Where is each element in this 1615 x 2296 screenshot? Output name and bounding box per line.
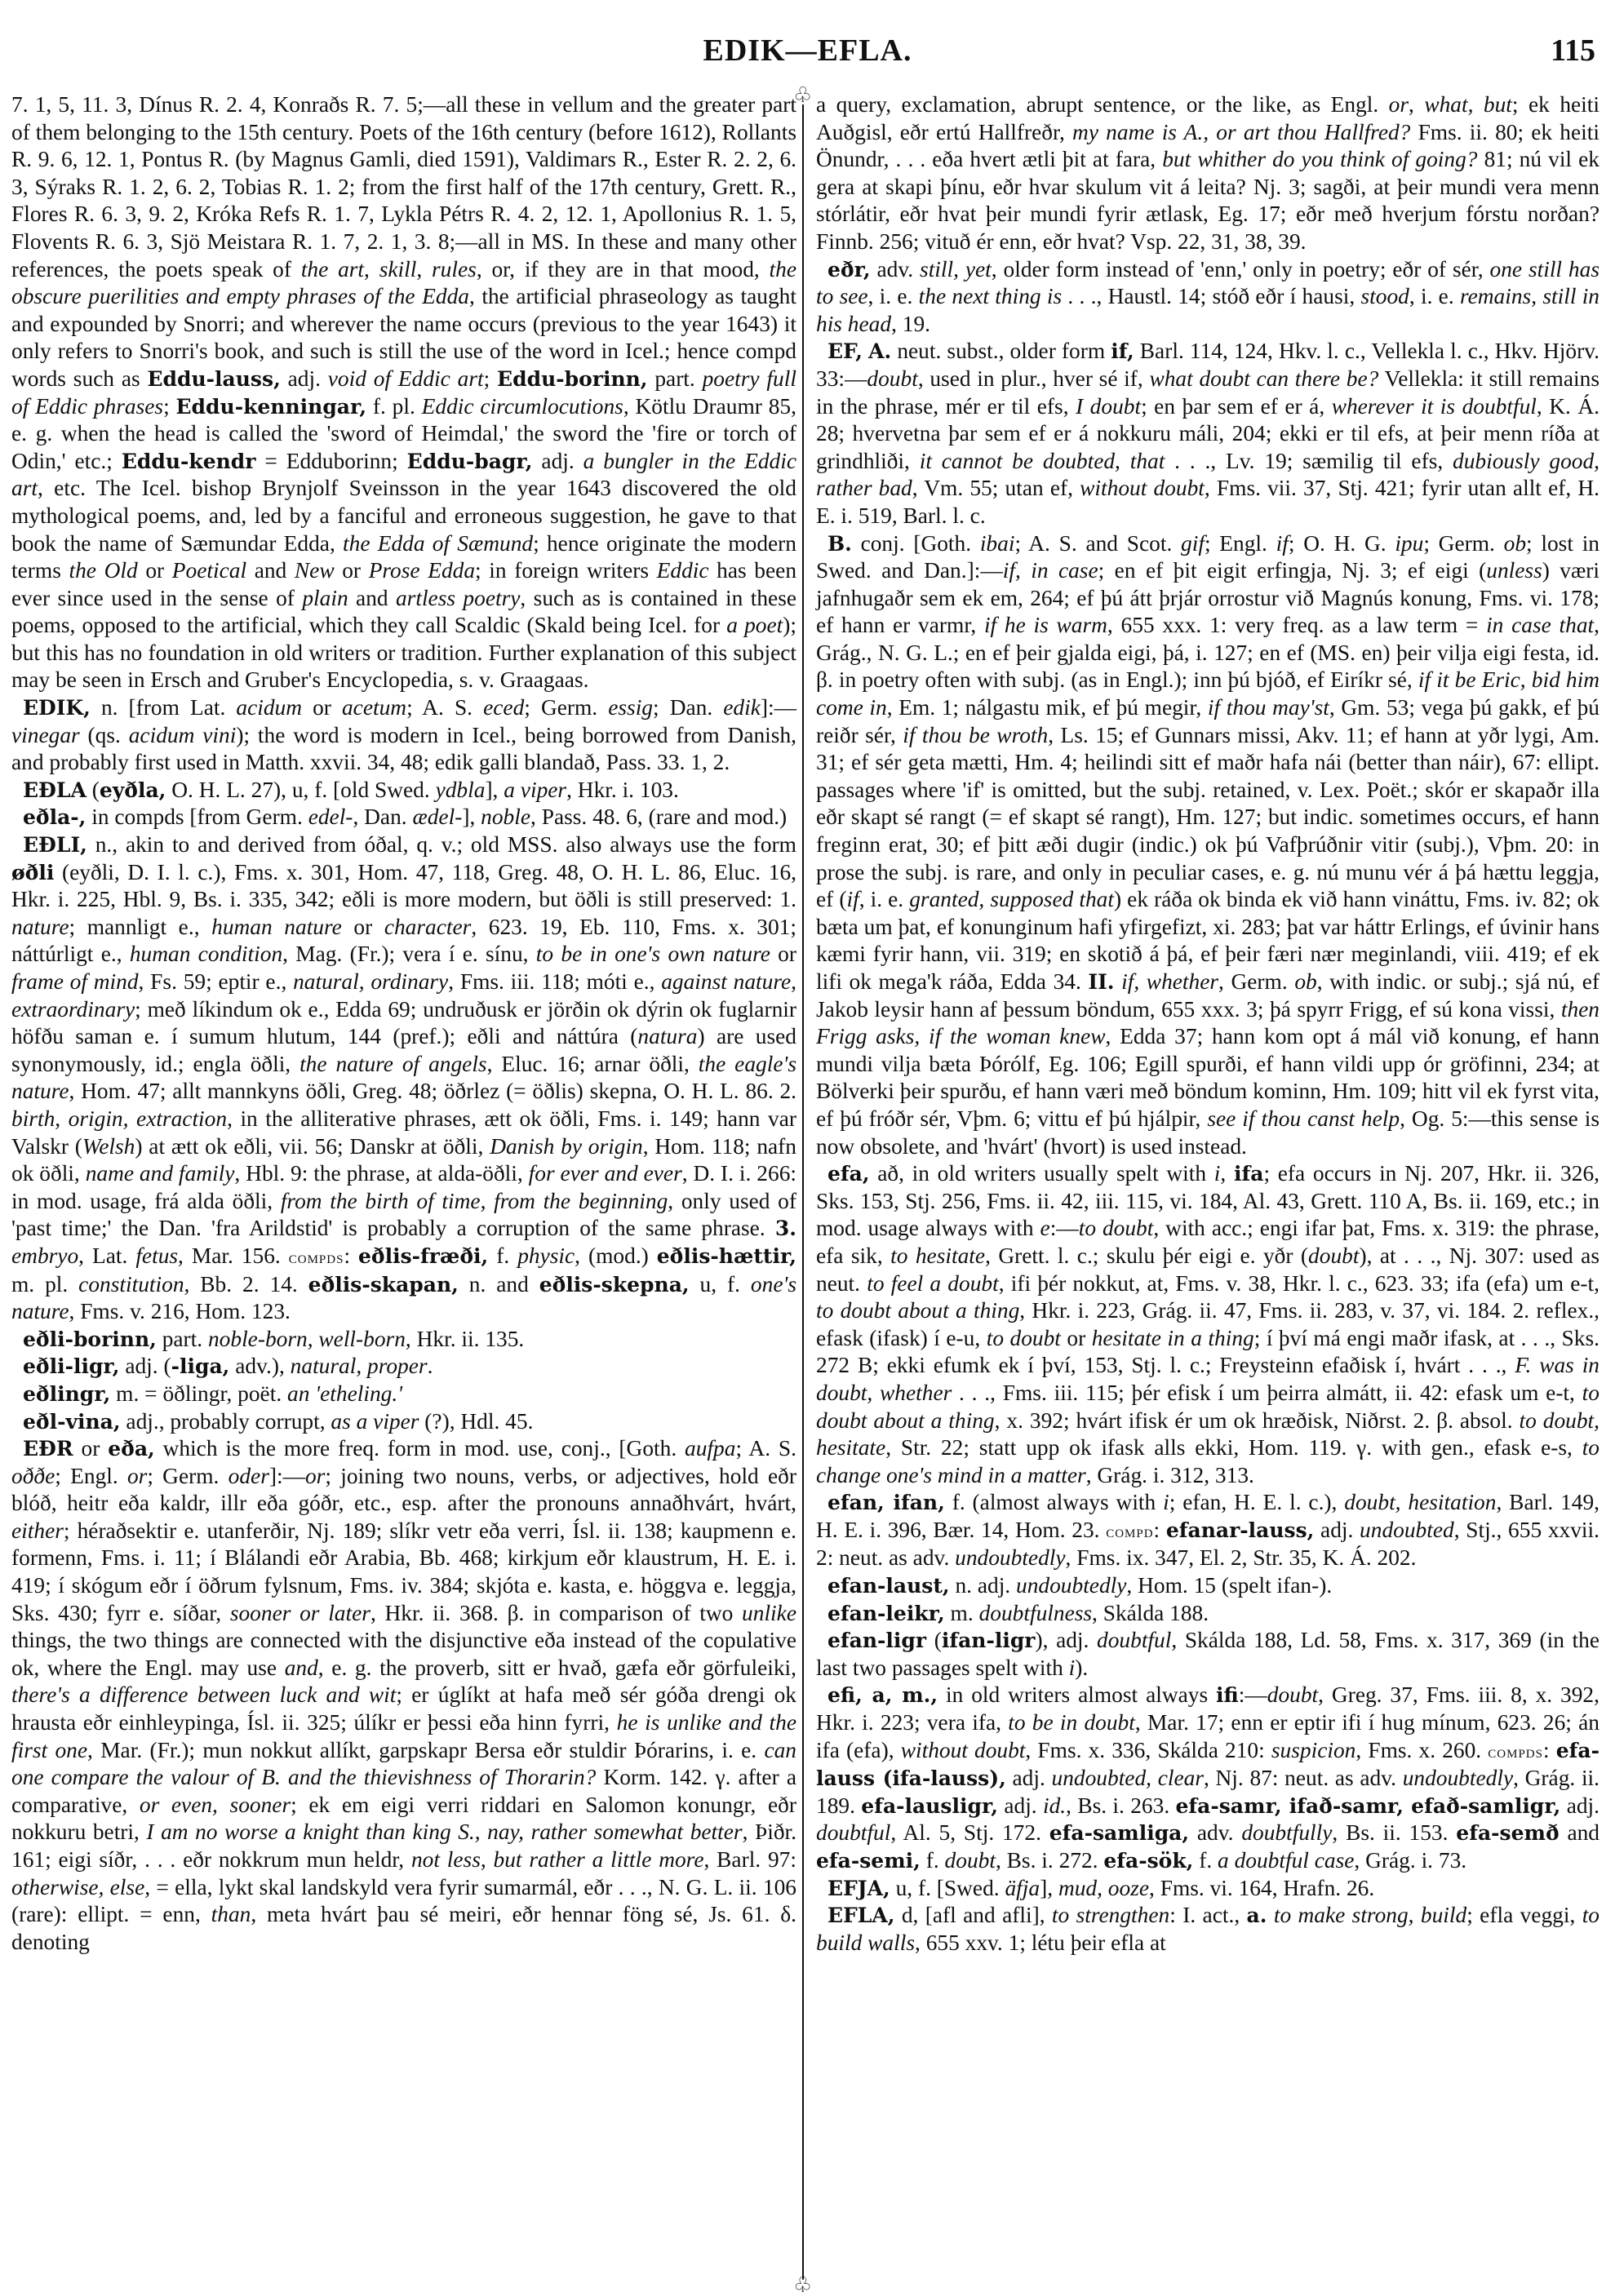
gloss: rules <box>432 257 477 281</box>
entry-text: f. <box>1193 1848 1218 1873</box>
entry-text: , Mar. 156. <box>178 1243 289 1268</box>
entry-text: , Fms. vi. 164, Hrafn. 26. <box>1149 1876 1374 1900</box>
gloss: the art <box>301 257 364 281</box>
gloss: see if thou canst help <box>1207 1106 1400 1131</box>
gloss: it cannot be doubted, that <box>920 449 1165 473</box>
gloss: birth, origin, extraction <box>11 1106 227 1131</box>
entry-text <box>1267 1903 1273 1927</box>
headword: eðlingr, <box>23 1382 110 1406</box>
gloss: or <box>1389 92 1409 117</box>
entry-text: , Bs. ii. 153. <box>1332 1820 1456 1845</box>
gloss: a viper <box>504 778 566 802</box>
headword: efa-samliga, <box>1049 1821 1189 1845</box>
gloss: character <box>384 915 472 939</box>
entry-text: ; Dan. <box>653 695 723 720</box>
headword: efan-leikr, <box>827 1602 945 1625</box>
entry-text: , <box>364 257 379 281</box>
headword: Eddu-bagr, <box>407 450 533 473</box>
gloss: doubt, hesitation <box>1344 1490 1496 1514</box>
gloss: New <box>295 558 335 583</box>
gloss: if <box>1276 531 1289 556</box>
entry-text: ; <box>163 394 175 419</box>
headword: efan-ligr <box>827 1629 926 1652</box>
gloss: in case that <box>1486 613 1594 637</box>
entry-text: :— <box>1050 1216 1079 1240</box>
entry-text: , 655 xxx. 1: very freq. as a law term = <box>1107 613 1486 637</box>
entry-text: ; en ef þit eigit erfingja, Nj. 3; ef ei… <box>1098 558 1487 583</box>
gloss: the nature of angels <box>299 1052 487 1076</box>
entry-text: , i. e. <box>859 887 910 911</box>
entry-text: , Hkr. ii. 135. <box>406 1327 524 1351</box>
gloss: oder <box>228 1464 269 1488</box>
entry-text: (?), Hdl. 45. <box>419 1409 533 1434</box>
headword: eðlis-skepna, <box>539 1273 690 1296</box>
gloss: without doubt <box>1080 476 1205 500</box>
gloss: eced <box>483 695 524 720</box>
entry-text: ; Germ. <box>1423 531 1503 556</box>
headword: Eddu-kendr <box>122 450 256 473</box>
entry-text: or <box>138 558 172 583</box>
dictionary-entry-efan-leikr: efan-leikr, m. doubtfulness, Skálda 188. <box>816 1600 1599 1628</box>
gloss: an 'etheling.' <box>287 1381 402 1406</box>
entry-text: (eyðli, D. I. l. c.), Fms. x. 301, Hom. … <box>11 860 796 912</box>
entry-text: or <box>335 558 369 583</box>
gloss: stood <box>1360 284 1409 308</box>
headword: eðli-borinn, <box>23 1328 157 1351</box>
page-number: 115 <box>1551 33 1595 69</box>
entry-text: , Ls. 15; ef Gunnars missi, Akv. 11; ef … <box>816 723 1599 912</box>
gloss: there's a difference between luck and wi… <box>11 1682 396 1707</box>
dictionary-entry-edli-ligr: eðli-ligr, adj. (-liga, adv.), natural, … <box>11 1353 796 1381</box>
entry-text: ; A. S. <box>735 1436 796 1460</box>
gloss: as a viper <box>331 1409 419 1434</box>
gloss: granted, supposed that <box>909 887 1114 911</box>
entry-text: ; efla veggi, <box>1466 1903 1582 1927</box>
headword: B. <box>827 532 852 556</box>
gloss: a poet <box>726 613 783 637</box>
entry-text: ), adj. <box>1035 1628 1097 1652</box>
entry-text: n. [from Lat. <box>91 695 237 720</box>
gloss: human condition <box>130 942 282 966</box>
entry-text: , Hom. 15 (spelt ifan-). <box>1126 1573 1332 1598</box>
gloss: or <box>305 1464 325 1488</box>
dictionary-entry-efja: EFJA, u, f. [Swed. äfja], mud, ooze, Fms… <box>816 1875 1599 1903</box>
dictionary-entry-edlingr: eðlingr, m. = öðlingr, poët. an 'ethelin… <box>11 1381 796 1408</box>
dictionary-entry-efan: efan, ifan, f. (almost always with i; ef… <box>816 1489 1599 1572</box>
entry-text: , Eluc. 16; arnar öðli, <box>487 1052 699 1076</box>
entry-text: , i. e. <box>868 284 919 308</box>
entry-text: , Em. 1; nálgastu mik, ef þú megir, <box>887 695 1208 720</box>
gloss: for ever and ever <box>529 1161 682 1186</box>
entry-text: . <box>428 1354 433 1378</box>
entry-text: , Grett. l. c.; skulu þér eigi e. yðr ( <box>985 1243 1308 1268</box>
entry-text: and <box>1560 1820 1599 1845</box>
gloss: undoubtedly <box>955 1545 1065 1570</box>
gloss: noble-born, well-born <box>208 1327 406 1351</box>
gloss: natura <box>637 1024 697 1048</box>
entry-text: adv.), <box>229 1354 290 1378</box>
entry-text: , Fms. v. 216, Hom. 123. <box>69 1299 291 1323</box>
entry-text: , Bs. i. 272. <box>996 1848 1103 1873</box>
gloss: if <box>846 887 859 911</box>
gloss: physic <box>517 1243 575 1268</box>
entry-text: O. H. L. 27), u, f. [old Swed. <box>166 778 435 802</box>
entry-text: ; <box>484 366 497 391</box>
entry-text: which is the more freq. form in mod. use… <box>155 1436 685 1460</box>
gloss: ipu <box>1395 531 1423 556</box>
entry-text: in compds [from Germ. <box>86 804 308 829</box>
gloss: natural, proper <box>291 1354 428 1378</box>
label-compds: compds <box>1488 1741 1543 1762</box>
entry-text: , i. e. <box>1409 284 1460 308</box>
headword: eðlis-skapan, <box>308 1273 459 1296</box>
entry-text: , Bb. 2. 14. <box>184 1272 308 1296</box>
headword: ifi <box>1216 1683 1239 1707</box>
gloss: Eddic <box>657 558 709 583</box>
gloss: or even, sooner <box>140 1793 291 1817</box>
gloss: Danish by origin <box>490 1134 643 1159</box>
gloss: undoubted, clear <box>1052 1766 1204 1790</box>
headword: efanar-lauss, <box>1166 1518 1315 1542</box>
headword: Eddu-borinn, <box>497 367 647 391</box>
dictionary-entry-edla-compds: eðla-, in compds [from Germ. edel-, Dan.… <box>11 804 796 831</box>
entry-text: ) at ætt ok eðli, vii. 56; Danskr at öðl… <box>135 1134 490 1159</box>
headword: efa-samr, ifað-samr, efað-samligr, <box>1176 1794 1561 1818</box>
entry-text: að, in old writers usually spelt with <box>870 1161 1214 1186</box>
entry-text: , Bs. i. 263. <box>1066 1793 1175 1818</box>
entry-text: , Lat. <box>78 1243 135 1268</box>
entry-text: ], <box>485 778 504 802</box>
headword: a. <box>1247 1904 1267 1927</box>
label-compds: compds <box>289 1247 344 1267</box>
entry-text: , Grág. i. 73. <box>1354 1848 1466 1873</box>
headword: A. <box>868 339 891 363</box>
entry-text: ; Engl. <box>1205 531 1276 556</box>
entry-text: , Fms. x. 260. <box>1355 1738 1488 1762</box>
gloss: ob <box>1504 531 1526 556</box>
gloss: plain <box>302 586 348 610</box>
gloss: name and family <box>86 1161 235 1186</box>
gloss: if he is warm <box>984 613 1107 637</box>
gloss: edel- <box>308 804 353 829</box>
entry-text: ], <box>462 804 481 829</box>
headword: efi, a, m., <box>827 1683 938 1707</box>
entry-text: adj. <box>532 449 583 473</box>
gloss: i <box>1163 1490 1169 1514</box>
entry-text: , Fs. 59; eptir e., <box>139 969 294 994</box>
gloss: to be in doubt <box>1008 1710 1135 1735</box>
gloss: e <box>1040 1216 1050 1240</box>
entry-text: , Barl. 97: <box>703 1847 796 1872</box>
entry-text: f. <box>488 1243 517 1268</box>
entry-text: or <box>342 915 384 939</box>
label-compds: compd <box>1106 1521 1153 1541</box>
gloss: if, whether <box>1121 969 1218 994</box>
dictionary-entry-cont-edr: a query, exclamation, abrupt sentence, o… <box>816 91 1599 256</box>
gloss: doubtful <box>1097 1628 1171 1652</box>
gloss: fetus <box>135 1243 178 1268</box>
headword: EFJA, <box>827 1877 890 1900</box>
gloss: or <box>127 1464 147 1488</box>
gloss: what, but <box>1424 92 1512 117</box>
dictionary-entry-efi: efi, a, m., in old writers almost always… <box>816 1682 1599 1874</box>
headword: eðlis-hættir, <box>657 1244 796 1268</box>
gloss: a doubtful case <box>1218 1848 1354 1873</box>
headword: efan-laust, <box>827 1574 950 1598</box>
dictionary-entry-ef: EF, A. neut. subst., older form if, Barl… <box>816 338 1599 530</box>
gloss: skill <box>379 257 417 281</box>
gloss: doubtful <box>816 1820 890 1845</box>
entry-text: 7. 1, 5, 11. 3, Dínus R. 2. 4, Konraðs R… <box>11 92 796 281</box>
dictionary-entry-efa: efa, að, in old writers usually spelt wi… <box>816 1160 1599 1489</box>
entry-text: , <box>416 257 432 281</box>
headword: efa-lausligr, <box>861 1794 998 1818</box>
entry-text: a query, exclamation, abrupt sentence, o… <box>816 92 1389 117</box>
gloss: and <box>285 1656 318 1680</box>
headword: efa, <box>827 1162 870 1186</box>
entry-text: : I. act., <box>1169 1903 1246 1927</box>
entry-text: , e. g. the proverb, sitt er hvað, gæfa … <box>318 1656 796 1680</box>
entry-text: , 655 xxv. 1; létu þeir efla at <box>915 1930 1166 1955</box>
gloss: still, yet <box>920 257 992 281</box>
entry-text: ; mannligt e., <box>69 915 212 939</box>
entry-text: ; efan, H. E. l. c.), <box>1169 1490 1345 1514</box>
gloss: the Edda of Sæmund <box>343 531 533 556</box>
entry-text: n., akin to and derived from óðal, q. v.… <box>87 832 796 857</box>
gloss: otherwise, else, <box>11 1875 150 1899</box>
entry-text: , Hkr. i. 103. <box>566 778 679 802</box>
gloss: doubt <box>1267 1682 1318 1707</box>
entry-text: ; in foreign writers <box>475 558 657 583</box>
entry-text: n. adj. <box>950 1573 1016 1598</box>
headword: efa-semð <box>1456 1821 1559 1845</box>
gloss: to doubt about a thing <box>816 1298 1019 1323</box>
headword: eða, <box>108 1437 154 1460</box>
entry-text: adv. <box>1189 1820 1241 1845</box>
entry-text: ]:— <box>269 1464 305 1488</box>
entry-text: , Germ. <box>1218 969 1294 994</box>
gloss: wherever it is doubtful <box>1332 394 1537 419</box>
running-head-title: EDIK—EFLA. <box>0 33 1615 69</box>
entry-text: , Dan. <box>353 804 412 829</box>
entry-text: , Mag. (Fr.); vera í e. sínu, <box>282 942 536 966</box>
headword: II. <box>1088 970 1114 994</box>
entry-text: or <box>1061 1326 1092 1350</box>
entry-text: f. (almost always with <box>945 1490 1163 1514</box>
dictionary-entry-edik: EDIK, n. [from Lat. acidum or acetum; A.… <box>11 694 796 777</box>
headword: EF, <box>827 339 863 363</box>
gloss: nature <box>11 915 69 939</box>
entry-text <box>1115 969 1122 994</box>
entry-text: or <box>770 942 796 966</box>
gloss: mud, ooze <box>1058 1876 1149 1900</box>
gloss: than <box>211 1902 251 1926</box>
entry-text: ). <box>1075 1656 1088 1680</box>
entry-text: part. <box>648 366 703 391</box>
headword: EDIK, <box>23 696 91 720</box>
entry-text: adv. <box>871 257 920 281</box>
entry-text: . . ., Lv. 19; sæmilig til efs, <box>1165 449 1453 473</box>
gloss: if thou be wroth <box>903 723 1048 747</box>
gloss: suspicion <box>1271 1738 1355 1762</box>
entry-text: , Nj. 87: neut. as adv. <box>1204 1766 1403 1790</box>
gloss: frame of mind <box>11 969 139 994</box>
gloss: void of Eddic art <box>328 366 484 391</box>
entry-text: : <box>344 1243 358 1268</box>
entry-text: ; A. S. and Scot. <box>1014 531 1181 556</box>
gloss: aufpa <box>685 1436 735 1460</box>
headword: eðl-vina, <box>23 1410 121 1434</box>
headword: if, <box>1111 339 1134 363</box>
gloss: what doubt can there be? <box>1149 366 1378 391</box>
entry-text: u, f. <box>690 1272 751 1296</box>
entry-text: m. = öðlingr, poët. <box>110 1381 287 1406</box>
entry-text: , Mar. (Fr.); mun nokkut allíkt, garpska… <box>87 1738 764 1762</box>
gloss: unless <box>1486 558 1542 583</box>
entry-text: , Fms. ix. 347, El. 2, Str. 35, K. Á. 20… <box>1066 1545 1417 1570</box>
headword: EÐLI, <box>23 833 87 857</box>
gloss: undoubtedly <box>1016 1573 1126 1598</box>
entry-text: , <box>1220 1161 1234 1186</box>
gloss: ydbla <box>436 778 486 802</box>
headword: eyðla, <box>100 778 166 802</box>
headword: efa-sök, <box>1103 1849 1193 1873</box>
gloss: ibai <box>980 531 1015 556</box>
gloss: Poetical <box>172 558 246 583</box>
entry-text: d, [afl and afli], <box>894 1903 1051 1927</box>
gloss: I am no worse a knight than king S., nay… <box>146 1820 742 1844</box>
headword: eðr, <box>827 258 871 281</box>
gloss: artless poetry <box>396 586 520 610</box>
gloss: the Old <box>69 558 138 583</box>
entry-text: , Vm. 55; utan ef, <box>912 476 1080 500</box>
gloss: acidum <box>236 695 302 720</box>
entry-text: , Fms. x. 336, Skálda 210: <box>1025 1738 1271 1762</box>
gloss: doubtfully <box>1241 1820 1332 1845</box>
entry-text: , Fms. iii. 118; móti e., <box>448 969 661 994</box>
headword: ifan-ligr <box>942 1629 1036 1652</box>
gloss: embryo <box>11 1243 78 1268</box>
dictionary-entry-cont-edda: 7. 1, 5, 11. 3, Dínus R. 2. 4, Konraðs R… <box>11 91 796 694</box>
entry-text: , Hbl. 9: the phrase, at alda-öðli, <box>234 1161 528 1186</box>
gloss: my name is A., or art thou Hallfred? <box>1072 120 1410 144</box>
gloss: constitution <box>78 1272 184 1296</box>
gloss: I doubt <box>1076 394 1141 419</box>
gloss: to doubt <box>987 1326 1061 1350</box>
dictionary-entry-edr-adv: eðr, adv. still, yet, older form instead… <box>816 256 1599 339</box>
entry-text: in old writers almost always <box>938 1682 1216 1707</box>
right-column: a query, exclamation, abrupt sentence, o… <box>816 91 1599 1957</box>
entry-text: adj. <box>1560 1793 1599 1818</box>
entry-text: adj. <box>998 1793 1043 1818</box>
gloss: sooner or later <box>230 1601 370 1625</box>
entry-text: : <box>1154 1518 1166 1542</box>
entry-text: ; en þar sem ef er á, <box>1141 394 1332 419</box>
gloss: to hesitate <box>890 1243 985 1268</box>
entry-text: , Grág. i. 312, 313. <box>1086 1463 1254 1487</box>
dictionary-entry-edla: EÐLA (eyðla, O. H. L. 27), u, f. [old Sw… <box>11 777 796 804</box>
gloss: äfja <box>1005 1876 1040 1900</box>
entry-text: (qs. <box>80 723 129 747</box>
entry-text: , x. 392; hvárt ifisk ér um ok hræðisk, … <box>995 1408 1520 1433</box>
gloss: Welsh <box>82 1134 135 1159</box>
gloss: noble <box>481 804 530 829</box>
gloss: not less, but rather a little more <box>411 1847 704 1872</box>
entry-text: and <box>348 586 396 610</box>
entry-text: ; Germ. <box>524 695 608 720</box>
entry-text: , or, if they are in that mood, <box>477 257 770 281</box>
gloss: natural, ordinary <box>293 969 448 994</box>
gloss: to feel a doubt <box>867 1271 999 1296</box>
left-column: 7. 1, 5, 11. 3, Dínus R. 2. 4, Konraðs R… <box>11 91 796 1956</box>
entry-text: :— <box>1239 1682 1267 1707</box>
dictionary-entry-efan-laust: efan-laust, n. adj. undoubtedly, Hom. 15… <box>816 1572 1599 1600</box>
entry-text: ; Germ. <box>147 1464 228 1488</box>
entry-text: , Hkr. ii. 368. β. in comparison of two <box>370 1601 742 1625</box>
entry-text: adj. ( <box>119 1354 171 1378</box>
entry-text: , used in plur., hver sé if, <box>918 366 1150 391</box>
gloss: oððe <box>11 1464 55 1488</box>
gloss: to strengthen <box>1052 1903 1169 1927</box>
entry-text: = Edduborinn; <box>255 449 406 473</box>
entry-text: m. pl. <box>11 1272 78 1296</box>
entry-text: : <box>1543 1738 1556 1762</box>
entry-text: or <box>73 1436 109 1460</box>
gloss: Eddic circumlocutions <box>422 394 623 419</box>
entry-text: . . ., Haustl. 14; stóð eðr í hausi, <box>1062 284 1360 308</box>
gloss: acetum <box>342 695 406 720</box>
dictionary-entry-efla: EFLA, d, [afl and afli], to strengthen: … <box>816 1902 1599 1957</box>
gloss: gif <box>1181 531 1205 556</box>
entry-text: n. and <box>459 1272 539 1296</box>
entry-text: , 19. <box>891 312 930 336</box>
dictionary-entry-edl-vina: eðl-vina, adj., probably corrupt, as a v… <box>11 1408 796 1436</box>
gloss: ædel- <box>412 804 462 829</box>
entry-text: or <box>302 695 342 720</box>
gloss: Prose Edda <box>369 558 475 583</box>
gloss: the next thing is <box>919 284 1062 308</box>
entry-text: adj., probably corrupt, <box>121 1409 331 1434</box>
entry-text: u, f. [Swed. <box>890 1876 1005 1900</box>
gloss: edik <box>723 695 761 720</box>
dictionary-entry-edr: EÐR or eða, which is the more freq. form… <box>11 1435 796 1956</box>
entry-text: . . ., Fms. iii. 115; þér efisk í um þei… <box>952 1381 1582 1405</box>
entry-text: f. pl. <box>366 394 422 419</box>
column-divider <box>802 104 804 2280</box>
dictionary-entry-efan-ligr: efan-ligr (ifan-ligr), adj. doubtful, Sk… <box>816 1627 1599 1682</box>
entry-text: f. <box>921 1848 945 1873</box>
gloss: doubt <box>867 366 917 391</box>
entry-text: , Hom. 47; allt mannkyns öðli, Greg. 48;… <box>69 1079 797 1103</box>
headword: Eddu-lauss, <box>147 367 280 391</box>
page-header: EDIK—EFLA. 115 <box>0 33 1615 82</box>
gloss: doubt <box>945 1848 996 1873</box>
headword: 3. <box>775 1217 796 1240</box>
headword: eðla-, <box>23 805 86 829</box>
gloss: either <box>11 1518 64 1543</box>
headword: EFLA, <box>827 1904 894 1927</box>
gloss: acidum vini <box>129 723 237 747</box>
headword: -liga, <box>171 1354 230 1378</box>
gloss: hesitate in a thing <box>1092 1326 1254 1350</box>
gloss: undoubted <box>1360 1518 1454 1542</box>
entry-text: adj. <box>281 366 328 391</box>
entry-text: ]:— <box>761 695 796 720</box>
gloss: to make strong, build <box>1274 1903 1466 1927</box>
gloss: from the birth of time, from the beginni… <box>281 1189 668 1213</box>
gloss: doubt <box>1308 1243 1359 1268</box>
headword: EÐLA <box>23 778 87 802</box>
